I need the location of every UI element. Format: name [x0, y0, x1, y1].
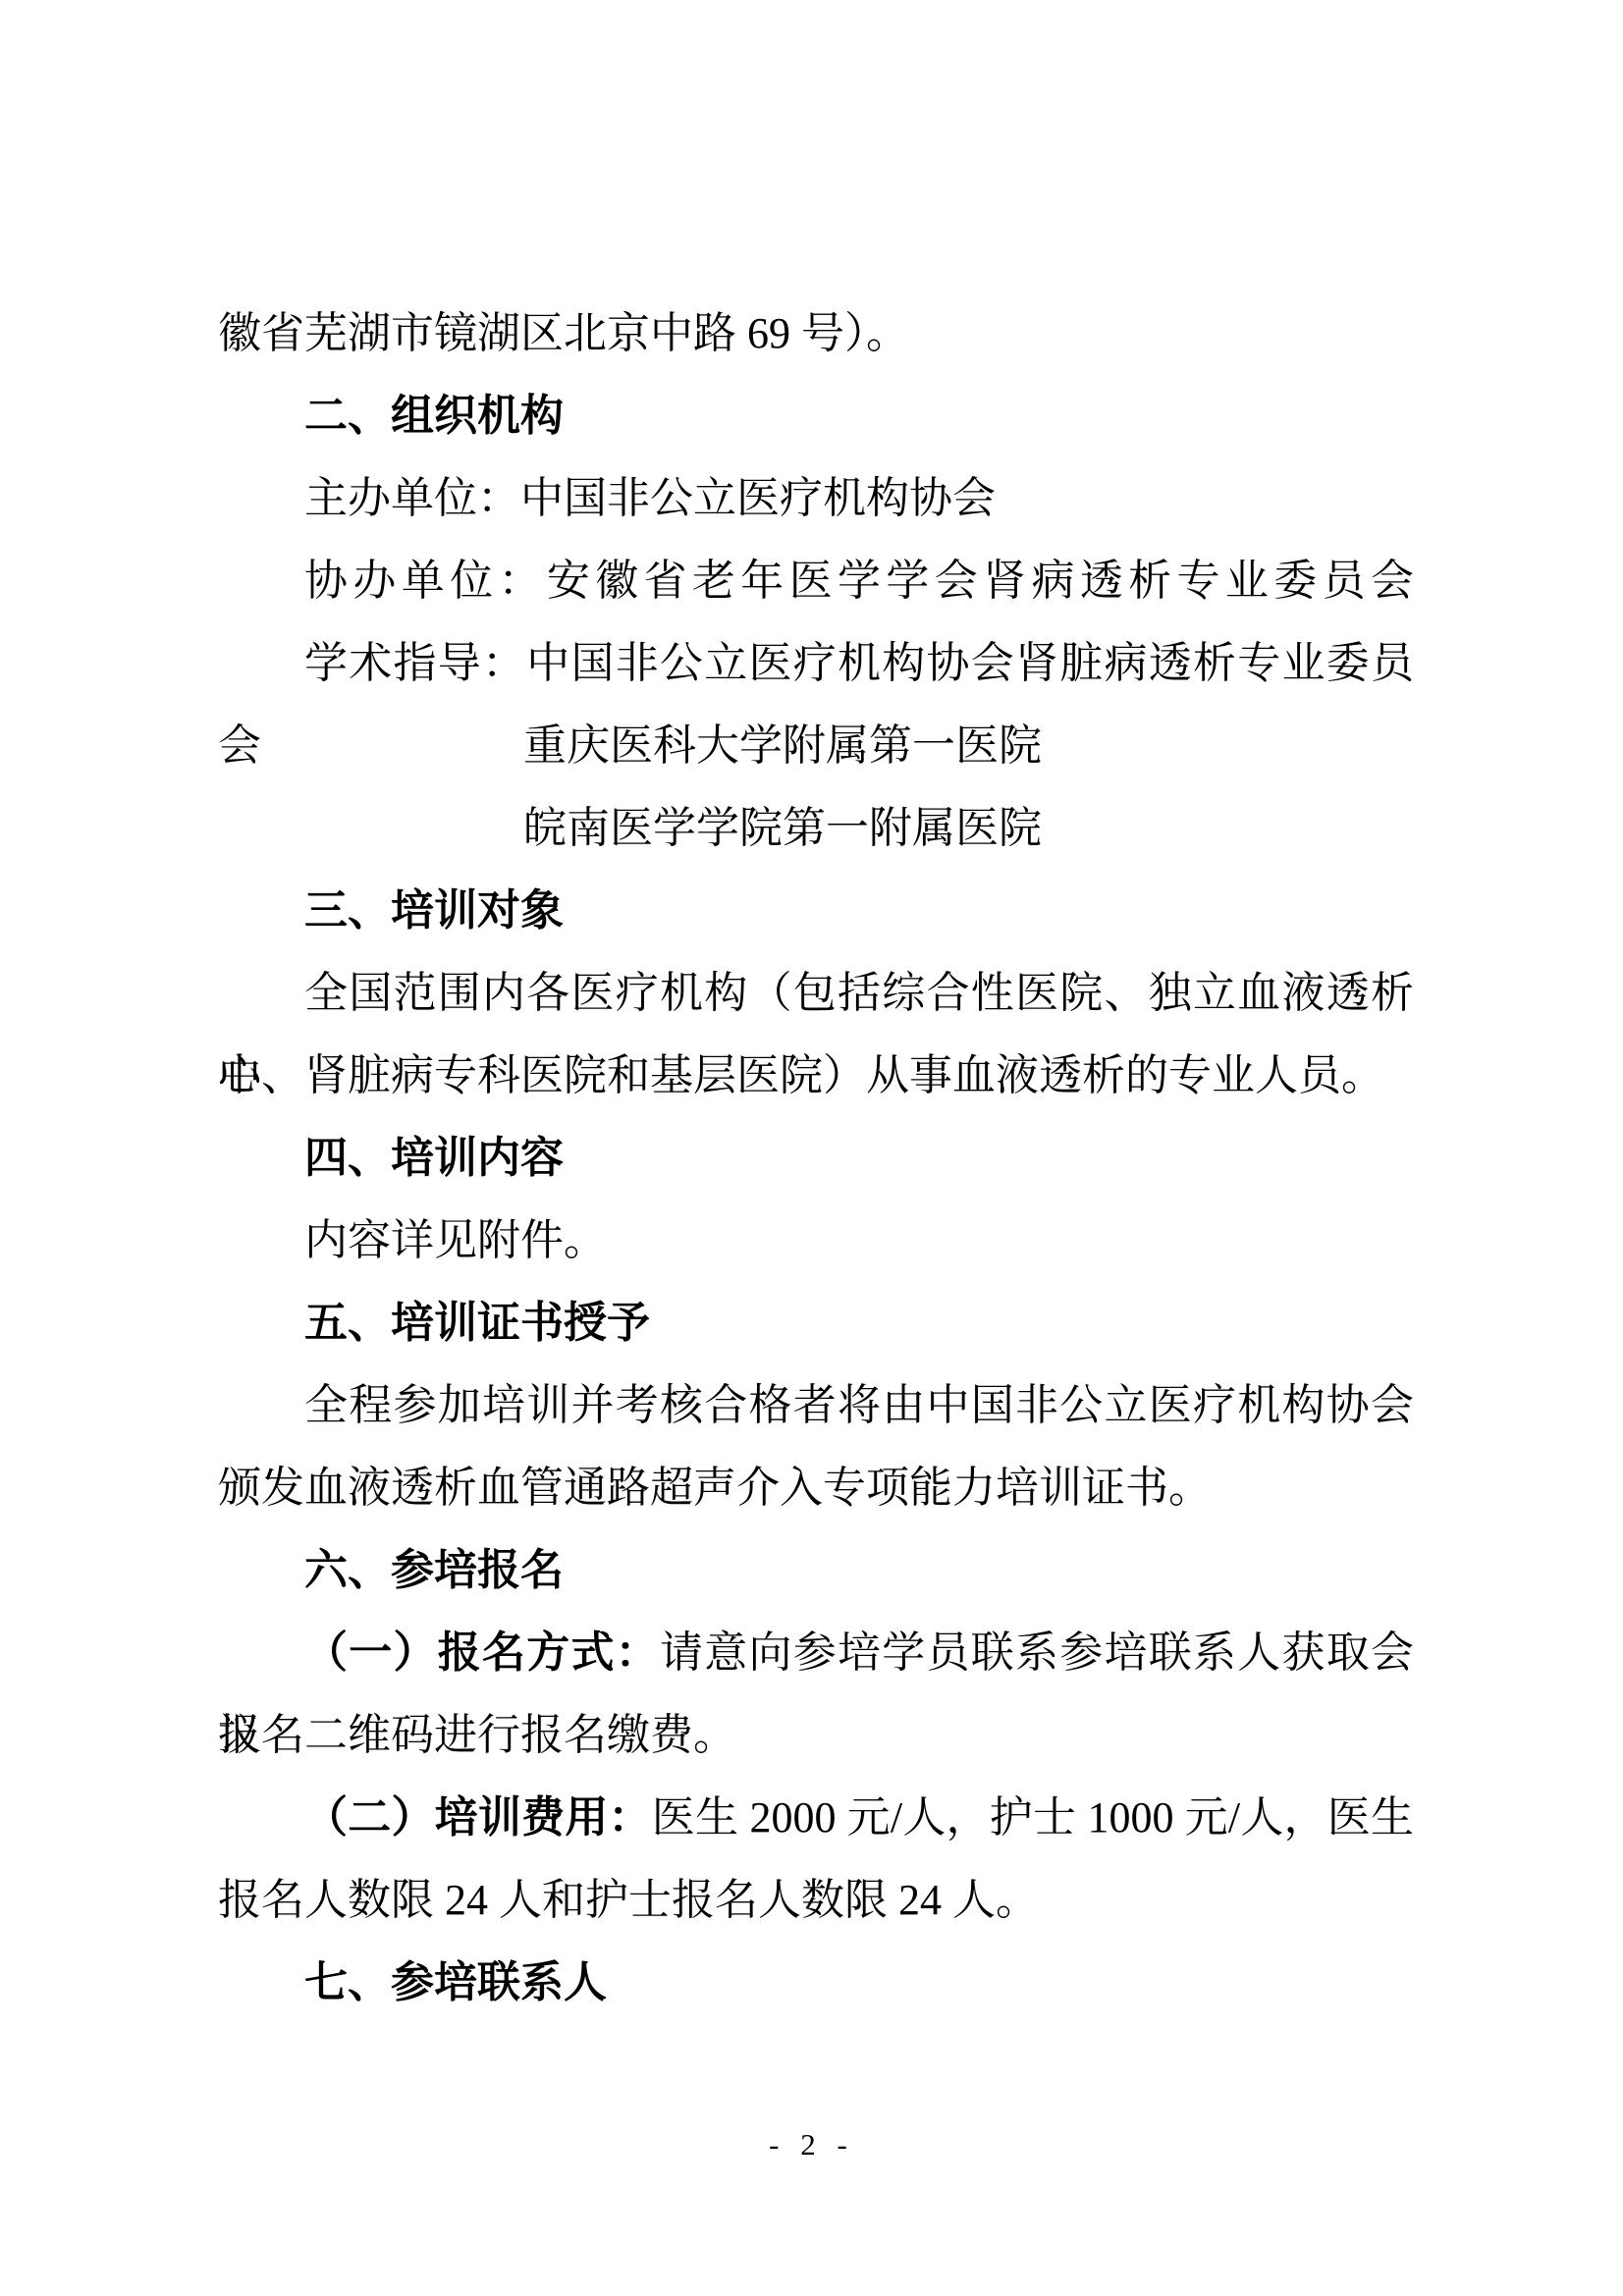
section-heading-contacts: 七、参培联系人 — [304, 1942, 1414, 2024]
section-heading-certificate: 五、培训证书授予 — [304, 1282, 1414, 1364]
line-certificate-1: 全程参加培训并考核合格者将由中国非公立医疗机构协会 — [218, 1364, 1414, 1447]
document-body: 徽省芜湖市镜湖区北京中路 69 号）。 二、组织机构 主办单位：中国非公立医疗机… — [218, 293, 1414, 2024]
page-number: - 2 - — [0, 2123, 1623, 2166]
line-academic-advisor: 学术指导：中国非公立医疗机构协会肾脏病透析专业委员会 — [218, 622, 1414, 705]
line-training-content: 内容详见附件。 — [218, 1200, 1414, 1282]
line-training-fee-1: （二）培训费用：医生 2000 元/人，护士 1000 元/人，医生 — [218, 1777, 1414, 1859]
section-heading-registration: 六、参培报名 — [304, 1529, 1414, 1612]
line-training-fee-2: 报名人数限 24 人和护士报名人数限 24 人。 — [218, 1859, 1414, 1942]
line-registration-method-2: 报名二维码进行报名缴费。 — [218, 1694, 1414, 1777]
section-heading-organization: 二、组织机构 — [304, 375, 1414, 457]
section-heading-training-content: 四、培训内容 — [304, 1117, 1414, 1200]
registration-method-label: （一）报名方式： — [304, 1629, 660, 1677]
training-fee-text: 医生 2000 元/人，护士 1000 元/人，医生 — [652, 1793, 1414, 1842]
line-training-target-1: 全国范围内各医疗机构（包括综合性医院、独立血液透析中 — [218, 952, 1414, 1035]
line-advisor-hospital-1: 重庆医科大学附属第一医院 — [523, 705, 1414, 787]
line-address-continuation: 徽省芜湖市镜湖区北京中路 69 号）。 — [218, 293, 1414, 375]
line-host-organizer: 主办单位：中国非公立医疗机构协会 — [218, 457, 1414, 540]
line-advisor-hospital-2: 皖南医学学院第一附属医院 — [523, 787, 1414, 870]
line-training-target-2: 心、肾脏病专科医院和基层医院）从事血液透析的专业人员。 — [218, 1035, 1414, 1117]
line-co-organizer: 协办单位：安徽省老年医学学会肾病透析专业委员会 — [218, 540, 1414, 622]
line-registration-method-1: （一）报名方式：请意向参培学员联系参培联系人获取会议 — [218, 1612, 1414, 1694]
training-fee-label: （二）培训费用： — [304, 1793, 652, 1842]
document-page: 徽省芜湖市镜湖区北京中路 69 号）。 二、组织机构 主办单位：中国非公立医疗机… — [0, 0, 1623, 2296]
section-heading-training-target: 三、培训对象 — [304, 870, 1414, 952]
line-certificate-2: 颁发血液透析血管通路超声介入专项能力培训证书。 — [218, 1447, 1414, 1529]
